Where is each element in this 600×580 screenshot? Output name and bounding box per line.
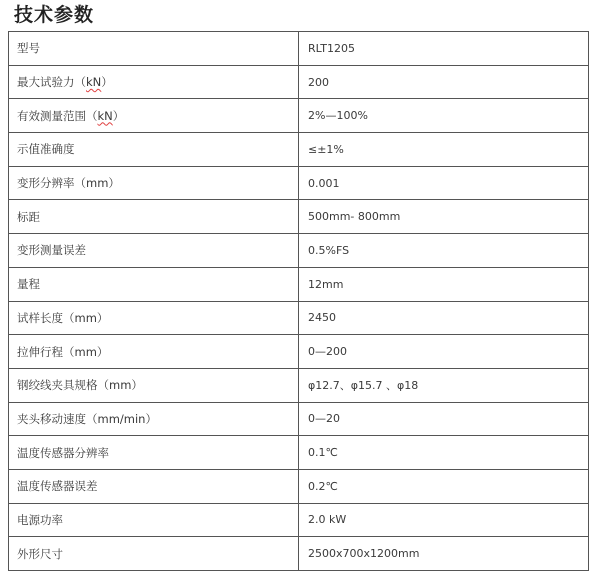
spec-label: 电源功率 bbox=[9, 503, 299, 537]
spec-label: 夹头移动速度（mm/min） bbox=[9, 402, 299, 436]
label-suffix: ） bbox=[101, 75, 113, 89]
spec-label: 变形分辨率（mm） bbox=[9, 166, 299, 200]
spec-label: 外形尺寸 bbox=[9, 537, 299, 571]
label-unit: kN bbox=[98, 109, 113, 123]
table-row: 夹头移动速度（mm/min） 0—20 bbox=[9, 402, 589, 436]
spec-value: 2%—100% bbox=[299, 99, 589, 133]
page-title: 技术参数 bbox=[14, 3, 94, 27]
spec-value: 0.1℃ bbox=[299, 436, 589, 470]
label-unit: kN bbox=[86, 75, 101, 89]
label-prefix: 有效测量范围（ bbox=[17, 109, 98, 123]
table-row: 外形尺寸 2500x700x1200mm bbox=[9, 537, 589, 571]
spec-value: 0—20 bbox=[299, 402, 589, 436]
table-row: 钢绞线夹具规格（mm） φ12.7、φ15.7 、φ18 bbox=[9, 368, 589, 402]
table-row: 试样长度（mm） 2450 bbox=[9, 301, 589, 335]
spec-label: 试样长度（mm） bbox=[9, 301, 299, 335]
table-row: 电源功率 2.0 kW bbox=[9, 503, 589, 537]
table-row: 温度传感器误差 0.2℃ bbox=[9, 469, 589, 503]
spec-table: 型号 RLT1205 最大试验力（kN） 200 有效测量范围（kN） 2%—1… bbox=[8, 31, 589, 571]
spec-value: 12mm bbox=[299, 267, 589, 301]
spec-value: 0.2℃ bbox=[299, 469, 589, 503]
spec-value: 2.0 kW bbox=[299, 503, 589, 537]
table-row: 型号 RLT1205 bbox=[9, 32, 589, 66]
table-row: 有效测量范围（kN） 2%—100% bbox=[9, 99, 589, 133]
spec-value: ≤±1% bbox=[299, 133, 589, 167]
spec-label: 示值准确度 bbox=[9, 133, 299, 167]
spec-label: 拉伸行程（mm） bbox=[9, 335, 299, 369]
table-row: 示值准确度 ≤±1% bbox=[9, 133, 589, 167]
table-row: 变形分辨率（mm） 0.001 bbox=[9, 166, 589, 200]
spec-value: 0.5%FS bbox=[299, 234, 589, 268]
spec-label: 最大试验力（kN） bbox=[9, 65, 299, 99]
label-prefix: 最大试验力（ bbox=[17, 75, 86, 89]
spec-label: 量程 bbox=[9, 267, 299, 301]
spec-label: 温度传感器误差 bbox=[9, 469, 299, 503]
spec-value: 500mm- 800mm bbox=[299, 200, 589, 234]
spec-value: φ12.7、φ15.7 、φ18 bbox=[299, 368, 589, 402]
table-row: 拉伸行程（mm） 0—200 bbox=[9, 335, 589, 369]
spec-label: 变形测量误差 bbox=[9, 234, 299, 268]
spec-value: 2500x700x1200mm bbox=[299, 537, 589, 571]
spec-value: 2450 bbox=[299, 301, 589, 335]
spec-label: 温度传感器分辨率 bbox=[9, 436, 299, 470]
spec-value: RLT1205 bbox=[299, 32, 589, 66]
spec-label: 钢绞线夹具规格（mm） bbox=[9, 368, 299, 402]
table-row: 最大试验力（kN） 200 bbox=[9, 65, 589, 99]
label-suffix: ） bbox=[113, 109, 125, 123]
spec-value: 0.001 bbox=[299, 166, 589, 200]
table-row: 温度传感器分辨率 0.1℃ bbox=[9, 436, 589, 470]
spec-label: 有效测量范围（kN） bbox=[9, 99, 299, 133]
spec-label: 型号 bbox=[9, 32, 299, 66]
table-row: 变形测量误差 0.5%FS bbox=[9, 234, 589, 268]
spec-value: 0—200 bbox=[299, 335, 589, 369]
spec-value: 200 bbox=[299, 65, 589, 99]
table-row: 量程 12mm bbox=[9, 267, 589, 301]
table-row: 标距 500mm- 800mm bbox=[9, 200, 589, 234]
spec-label: 标距 bbox=[9, 200, 299, 234]
